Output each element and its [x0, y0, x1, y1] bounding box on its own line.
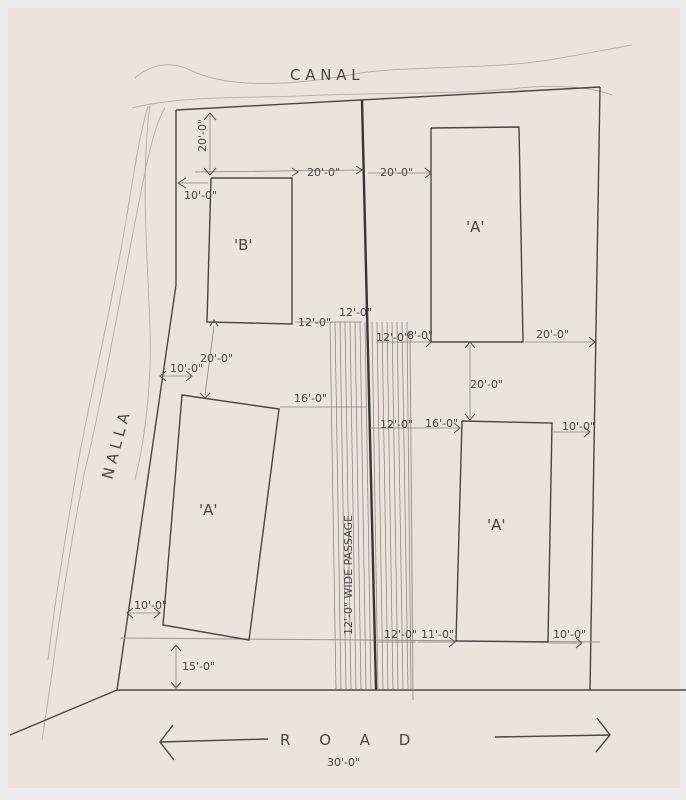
block-a-bottom-left: [163, 395, 279, 640]
dim-b-to-a-vertical: 20'-0": [200, 352, 233, 365]
dim-nalla-setback-mid: 10'-0": [170, 362, 203, 375]
road-left-arrow-icon: [160, 725, 268, 760]
dim-a-right-side-low: 10'-0": [553, 628, 586, 641]
road-width-label: 30'-0": [327, 756, 360, 769]
dim-a-right-left-gap: 16'-0": [425, 417, 458, 430]
dim-front-setback-top: 20'-0": [196, 119, 209, 152]
block-label: 'A': [199, 501, 218, 519]
nalla-outline: [42, 105, 165, 740]
dim-a-right-side-setback: 10'-0": [562, 420, 595, 433]
dim-b-to-center: 20'-0": [307, 166, 340, 179]
dim-nalla-setback-low: 10'-0": [134, 599, 167, 612]
dim-a-top-right-setback: 20'-0": [536, 328, 569, 341]
road-right-arrow-icon: [495, 718, 610, 752]
nalla-label: N A L L A: [98, 410, 133, 481]
dim-passage-right-mid: 12'-0": [380, 418, 413, 431]
site-plan-drawing: C A N A L N A L L A 12'-0" WI: [0, 0, 686, 800]
dim-front-setback: 15'-0": [182, 660, 215, 673]
dim-passage-right-low: 12'-0": [384, 628, 417, 641]
block-label: 'B': [234, 236, 253, 254]
block-label: 'A': [487, 516, 506, 534]
dim-b-right-gap: 12'-0": [298, 316, 331, 329]
center-dividing-line: [362, 100, 376, 690]
dim-a-right-left-low: 11'-0": [421, 628, 454, 641]
dim-side-setback-top: 10'-0": [184, 189, 217, 202]
passage-label: 12'-0" WIDE PASSAGE: [342, 515, 355, 635]
dim-center-to-a: 20'-0": [380, 166, 413, 179]
canal-label: C A N A L: [290, 66, 360, 84]
block-label: 'A': [466, 218, 485, 236]
dim-passage-upper: 12'-0": [339, 306, 372, 319]
dim-a-top-left-gap: 8'-0": [407, 329, 433, 342]
road-label: R O A D: [280, 731, 422, 749]
dim-passage-right-upper: 12'-0": [376, 331, 409, 344]
dim-a-left-to-passage: 16'-0": [294, 392, 327, 405]
dim-a-right-vertical: 20'-0": [470, 378, 503, 391]
